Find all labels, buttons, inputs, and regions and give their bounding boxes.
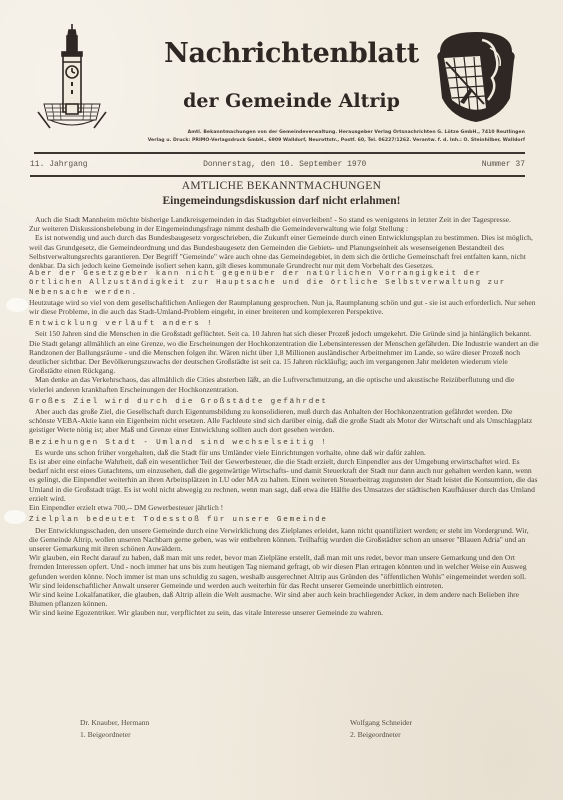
article-headline: Eingemeindungsdiskussion darf nicht erla… xyxy=(0,195,563,207)
section-paragraph: Wir sind keine Egozentriker. Wir glauben… xyxy=(29,608,539,617)
issue-volume: 11. Jahrgang xyxy=(30,160,88,169)
section-paragraph: Wir sind leidenschaftlicher Anwalt unser… xyxy=(29,581,539,590)
masthead-divider xyxy=(34,152,525,154)
signatory-role: 2. Beigeordneter xyxy=(350,729,412,741)
section-heading: AMTLICHE BEKANNTMACHUNGEN xyxy=(0,180,563,192)
section-paragraph: Der Entwicklungsschaden, den unsere Geme… xyxy=(29,526,539,554)
article-body: Auch die Stadt Mannheim möchte bisherige… xyxy=(29,215,539,618)
intro-emphasis: Aber der Gesetzgeber kann nicht gegenübe… xyxy=(29,270,539,298)
section-paragraph: Aber auch das große Ziel, die Gesellscha… xyxy=(29,407,539,435)
masthead: Nachrichtenblatt der Gemeinde Altrip Amt… xyxy=(0,0,563,160)
coat-of-arms-icon xyxy=(430,28,522,124)
section-title: Entwicklung verläuft anders ! xyxy=(29,320,539,329)
signature-left: Dr. Knauber, Hermann 1. Beigeordneter xyxy=(80,717,149,741)
section-title: Beziehungen Stadt - Umland sind wechsels… xyxy=(29,439,539,448)
issue-date: Donnerstag, den 10. September 1970 xyxy=(203,160,366,169)
signature-right: Wolfgang Schneider 2. Beigeordneter xyxy=(350,717,412,741)
imprint: Amtl. Bekanntmachungen von der Gemeindev… xyxy=(148,129,525,145)
paper-tear-mark xyxy=(6,298,28,312)
section-title: Großes Ziel wird durch die Großstädte ge… xyxy=(29,398,539,407)
newspaper-page: Nachrichtenblatt der Gemeinde Altrip Amt… xyxy=(0,0,563,800)
section-paragraph: Es wurde uns schon früher vorgehalten, d… xyxy=(29,448,539,457)
imprint-line-2: Verlag u. Druck: PRIMO-Verlagsdruck GmbH… xyxy=(148,137,525,145)
issue-number: Nummer 37 xyxy=(482,160,525,169)
section-paragraph: Es ist aber eine einfache Wahrheit, daß … xyxy=(29,457,539,503)
intro-paragraph: Zur weiteren Diskussionsbelebung in der … xyxy=(29,224,539,233)
signatory-name: Dr. Knauber, Hermann xyxy=(80,717,149,729)
section-paragraph: Die Stadt gelangt allmählich an eine Gre… xyxy=(29,339,539,376)
intro-paragraph: Heutzutage wird so viel von dem gesellsc… xyxy=(29,298,539,316)
issue-divider xyxy=(30,175,525,177)
section-paragraph: Wir glauben, ein Recht darauf zu haben, … xyxy=(29,553,539,581)
issue-info-bar: 11. Jahrgang Donnerstag, den 10. Septemb… xyxy=(30,160,525,169)
section-paragraph: Wir sind keine Lokalfanatiker, die glaub… xyxy=(29,590,539,608)
section-paragraph: Man denke an das Verkehrschaos, das allm… xyxy=(29,375,539,393)
intro-paragraph: Es ist notwendig und auch durch das Bund… xyxy=(29,233,539,270)
paper-tear-mark xyxy=(4,510,26,524)
section-title: Zielplan bedeutet Todesstoß für unsere G… xyxy=(29,516,539,525)
signatory-name: Wolfgang Schneider xyxy=(350,717,412,729)
signatory-role: 1. Beigeordneter xyxy=(80,729,149,741)
section-paragraph: Ein Einpendler erzielt etwa 700,-- DM Ge… xyxy=(29,503,539,512)
section-paragraph: Seit 150 Jahren sind die Menschen in die… xyxy=(29,329,539,338)
imprint-line-1: Amtl. Bekanntmachungen von der Gemeindev… xyxy=(148,129,525,137)
intro-paragraph: Auch die Stadt Mannheim möchte bisherige… xyxy=(29,215,539,224)
